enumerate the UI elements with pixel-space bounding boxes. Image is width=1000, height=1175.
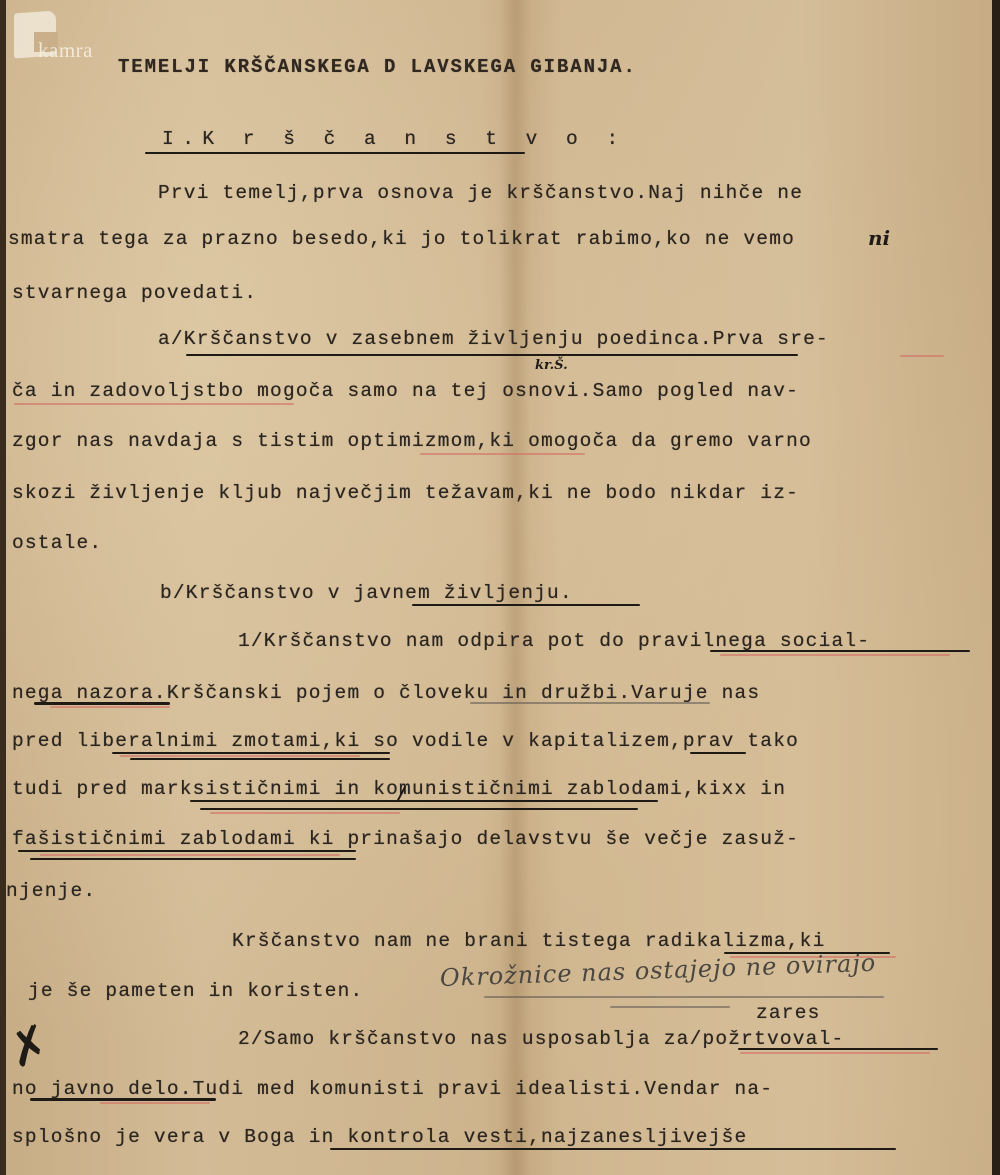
text-line-20: splošno je vera v Boga in kontrola vesti… [12, 1126, 747, 1148]
pen-underline [18, 850, 356, 852]
red-underline [120, 755, 360, 757]
red-underline [210, 812, 400, 814]
pencil-underline [610, 1006, 730, 1008]
text-line-3: stvarnega povedati. [12, 282, 257, 304]
kamra-logo: kamra [14, 12, 104, 62]
text-line-14: fašističnimi zablodami ki prinašajo dela… [12, 828, 799, 850]
text-line-18: 2/Samo krščanstvo nas usposablja za/požr… [238, 1028, 844, 1050]
section-heading-underline [145, 152, 525, 154]
text-line-17: je še pameten in koristen. [28, 980, 363, 1002]
text-line-1: Prvi temelj,prva osnova je krščanstvo.Na… [158, 182, 803, 204]
pen-underline [710, 650, 970, 652]
pen-underline [112, 752, 390, 754]
pencil-underline [484, 996, 884, 998]
typed-insertion: zares [756, 1002, 821, 1024]
kamra-logo-text: kamra [38, 38, 93, 63]
pen-comma-mark: / [395, 786, 407, 809]
text-line-5: ča in zadovoljstbo mogoča samo na tej os… [12, 380, 799, 402]
text-line-2: smatra tega za prazno besedo,ki jo tolik… [8, 228, 795, 250]
scan-edge-left [0, 0, 6, 1175]
pen-underline [130, 758, 390, 760]
pen-underline [30, 858, 356, 860]
red-underline [40, 854, 340, 856]
text-line-10: 1/Krščanstvo nam odpira pot do pravilneg… [238, 630, 870, 652]
handwritten-margin-note: ni [868, 226, 890, 250]
text-line-12: pred liberalnimi zmotami,ki so vodile v … [12, 730, 799, 752]
text-line-7: skozi življenje kljub največjim težavam,… [12, 482, 799, 504]
red-underline [50, 706, 170, 708]
pen-underline [412, 604, 640, 606]
text-line-9: b/Krščanstvo v javnem življenju. [160, 582, 573, 604]
pen-underline [330, 1148, 896, 1150]
pen-underline [738, 1048, 938, 1050]
text-line-6: zgor nas navdaja s tistim optimizmom,ki … [12, 430, 812, 452]
text-line-11: nega nazora.Krščanski pojem o človeku in… [12, 682, 760, 704]
red-underline [740, 1052, 930, 1054]
text-line-8: ostale. [12, 532, 102, 554]
document-title: TEMELJI KRŠČANSKEGA D LAVSKEGA GIBANJA. [118, 56, 637, 78]
pen-underline [190, 800, 658, 802]
pencil-underline [470, 702, 710, 704]
pen-underline [30, 1098, 216, 1101]
red-underline [100, 1102, 210, 1104]
pen-underline [690, 752, 746, 754]
text-line-15: njenje. [6, 880, 96, 902]
pen-underline [186, 354, 798, 356]
pen-underline [200, 808, 638, 810]
handwritten-insertion: kr.Š. [535, 358, 568, 373]
scan-edge-right [992, 0, 1000, 1175]
pen-underline [34, 702, 170, 705]
red-underline [14, 403, 294, 405]
red-underline [900, 355, 944, 357]
text-line-19: no javno delo.Tudi med komunisti pravi i… [12, 1078, 773, 1100]
section-heading: I.K r š č a n s t v o : [162, 128, 627, 150]
red-underline [420, 453, 585, 455]
text-line-16: Krščanstvo nam ne brani tistega radikali… [232, 930, 826, 952]
red-underline [720, 654, 950, 656]
text-line-4: a/Krščanstvo v zasebnem življenju poedin… [158, 328, 829, 350]
